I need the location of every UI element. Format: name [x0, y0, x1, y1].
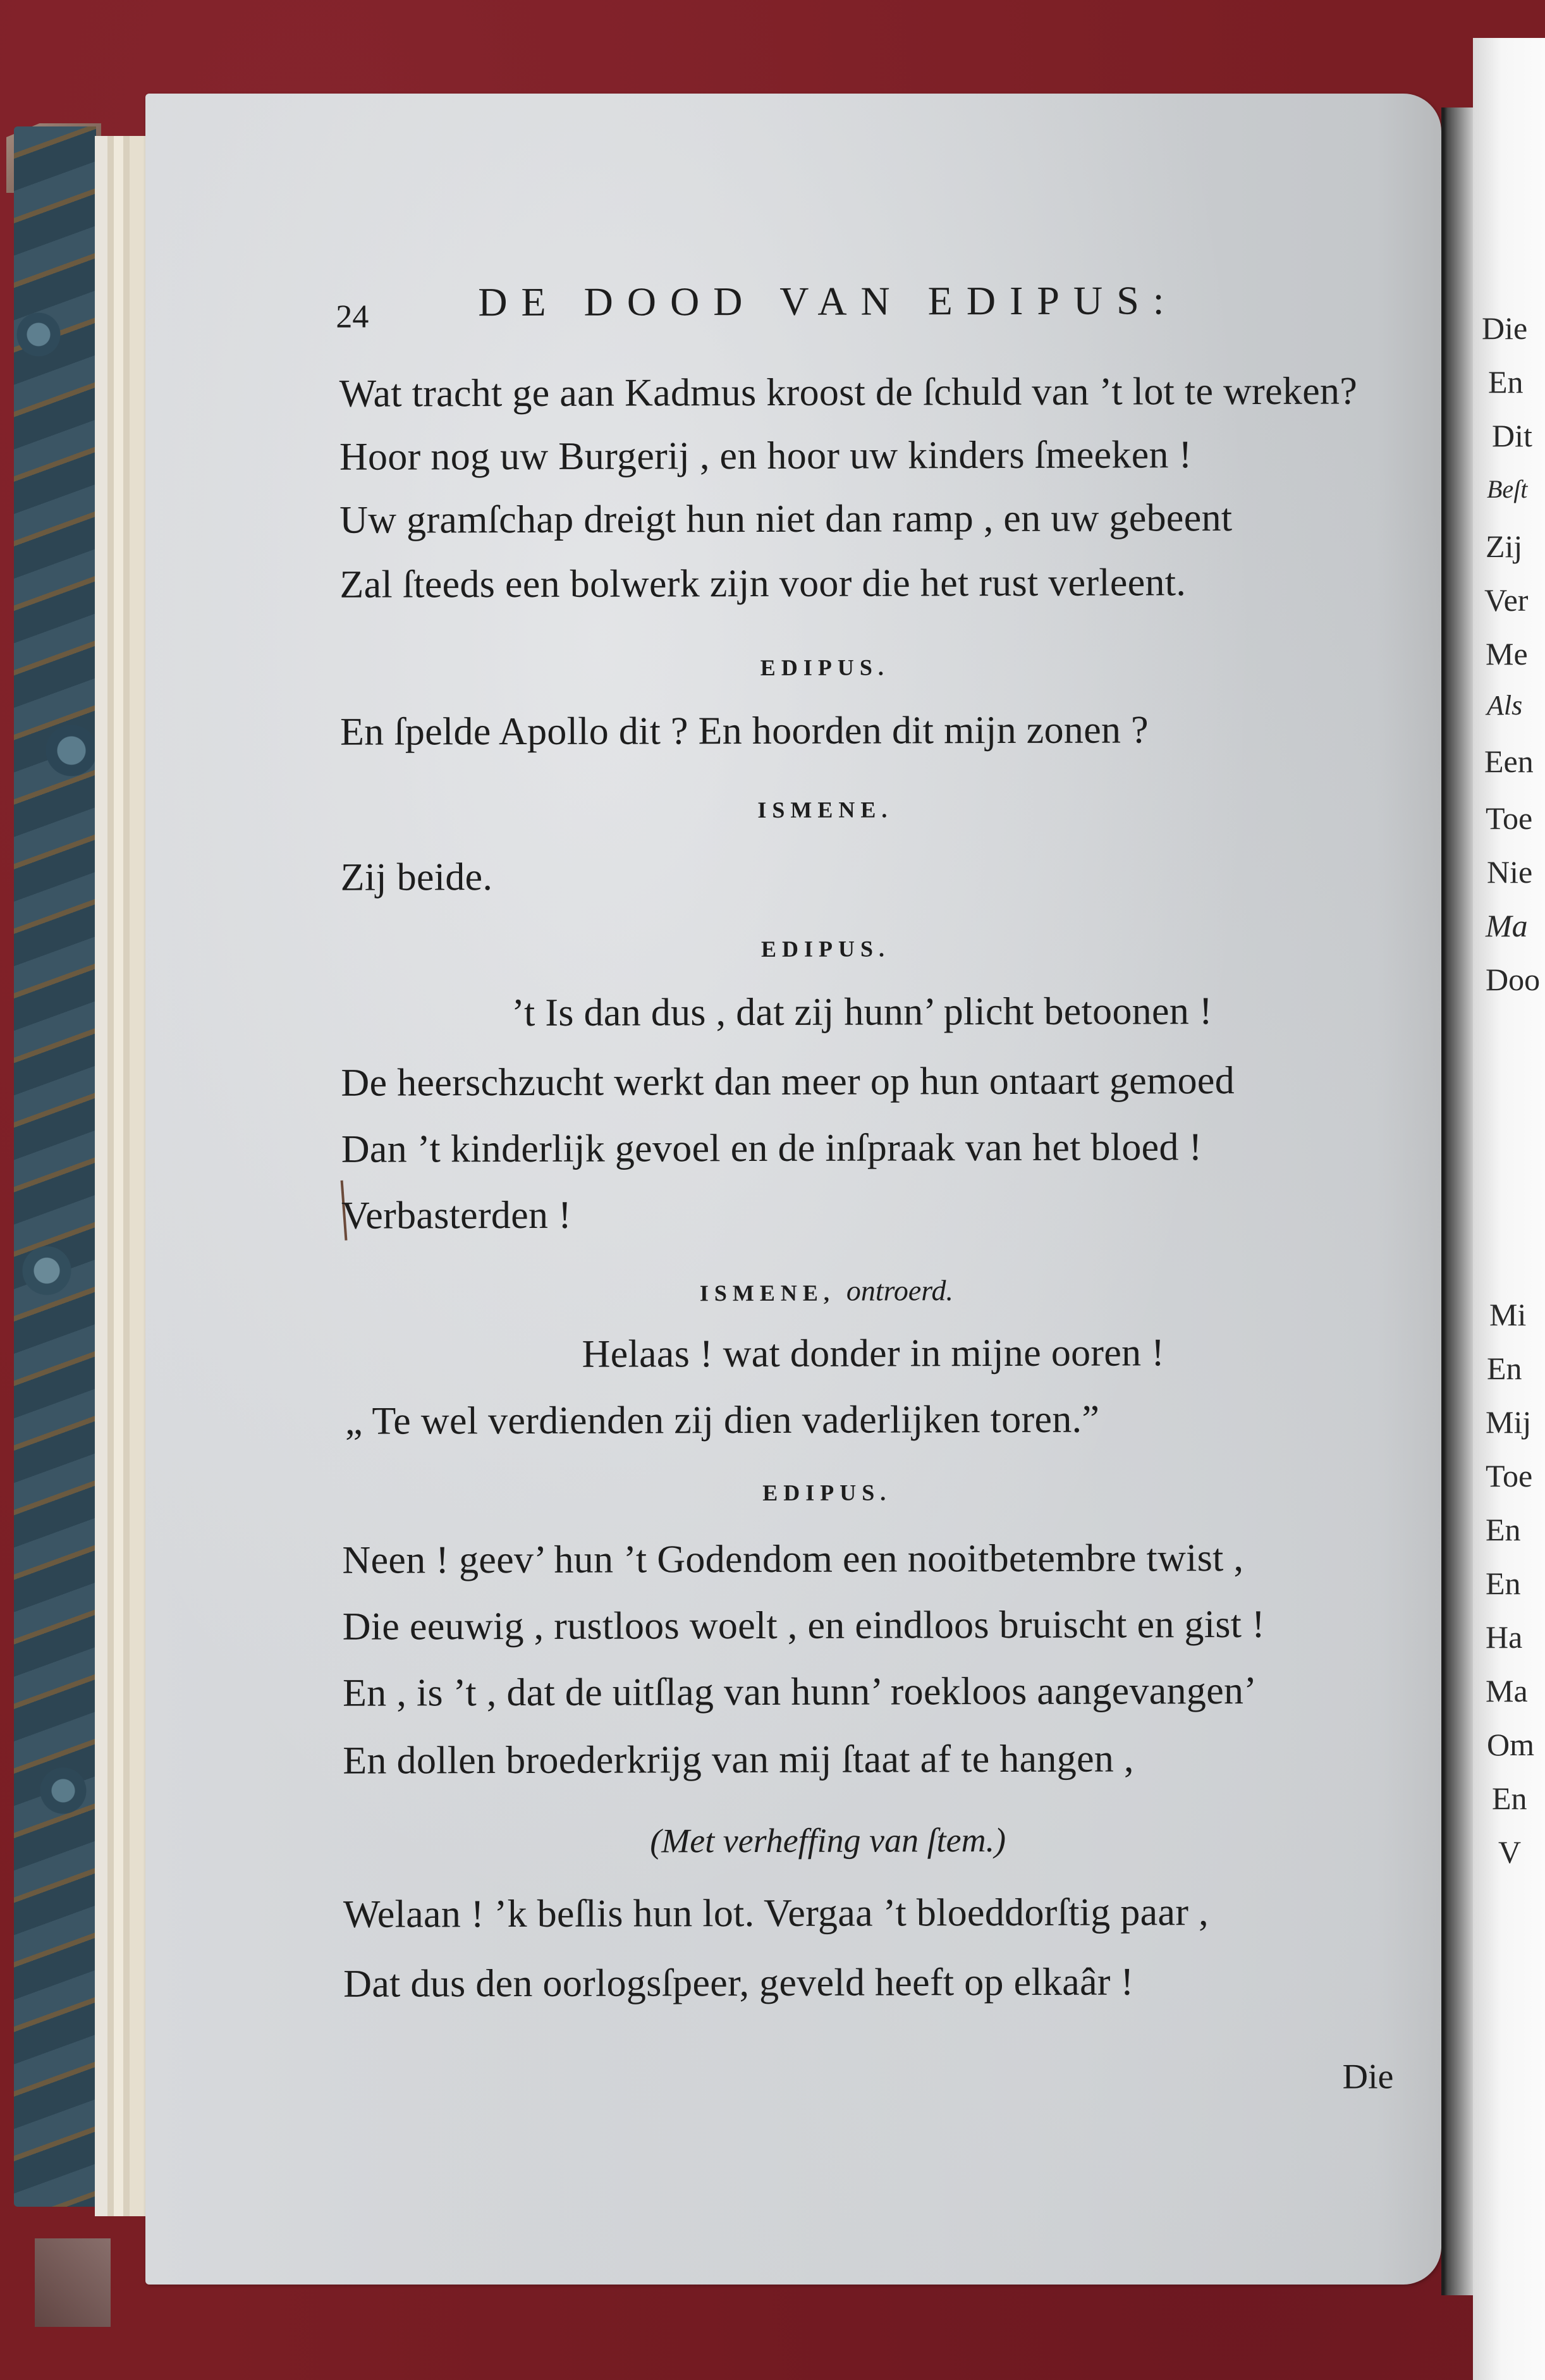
verse-line: Zal ſteeds een bolwerk zijn voor die het… [339, 563, 1186, 604]
verse-line: De heerschzucht werkt dan meer op hun on… [341, 1061, 1235, 1103]
verse-line: En dollen broederkrijg van mij ſtaat af … [343, 1739, 1134, 1780]
verse-line-indented: Helaas ! wat donder in mijne ooren ! [582, 1333, 1165, 1373]
stage-direction: (Met verheffing van ſtem.) [2, 1819, 1545, 1862]
speaker-name: ISMENE, [700, 1280, 835, 1306]
page-text: 24 DE DOOD VAN EDIPUS: Wat tracht ge aan… [0, 0, 1545, 2380]
verse-line-indented: ’t Is dan dus , dat zij hunn’ plicht bet… [511, 991, 1212, 1033]
speaker-name-with-note: ISMENE, ontroerd. [0, 1272, 1545, 1310]
verse-line: Verbasterden ! [341, 1196, 571, 1236]
verse-line: Wat tracht ge aan Kadmus kroost de ſchul… [339, 372, 1358, 414]
verse-line: Die eeuwig , rustloos woelt , en eindloo… [343, 1605, 1265, 1647]
speaker-name: ISMENE. [0, 795, 1544, 825]
catchword: Die [1343, 2056, 1394, 2097]
verse-line: „ Te wel verdienden zij dien vaderlijken… [345, 1400, 1099, 1441]
verse-line: Dan ’t kinderlijk gevoel en de inſpraak … [341, 1127, 1202, 1169]
speaker-name: EDIPUS. [1, 1478, 1545, 1508]
verse-line: Dat dus den oorlogsſpeer, geveld heeft o… [343, 1962, 1134, 2003]
verse-line: Uw gramſchap dreigt hun niet dan ramp , … [339, 498, 1232, 540]
speaker-name: EDIPUS. [0, 653, 1544, 683]
verse-line: Zij beide. [341, 857, 493, 897]
stage-note: ontroerd. [846, 1274, 953, 1306]
speaker-name: EDIPUS. [0, 934, 1544, 964]
page-number: 24 [336, 298, 369, 336]
verse-line: Welaan ! ’k beſlis hun lot. Vergaa ’t bl… [343, 1892, 1209, 1934]
verse-line: En , is ’t , dat de uitſlag van hunn’ ro… [343, 1671, 1257, 1713]
verse-line: Neen ! geev’ hun ’t Godendom een nooitbe… [342, 1538, 1243, 1580]
verse-line: Hoor nog uw Burgerij , en hoor uw kinder… [339, 435, 1192, 477]
verse-line: En ſpelde Apollo dit ? En hoorden dit mi… [340, 710, 1149, 751]
running-head: DE DOOD VAN EDIPUS: [478, 277, 1178, 326]
